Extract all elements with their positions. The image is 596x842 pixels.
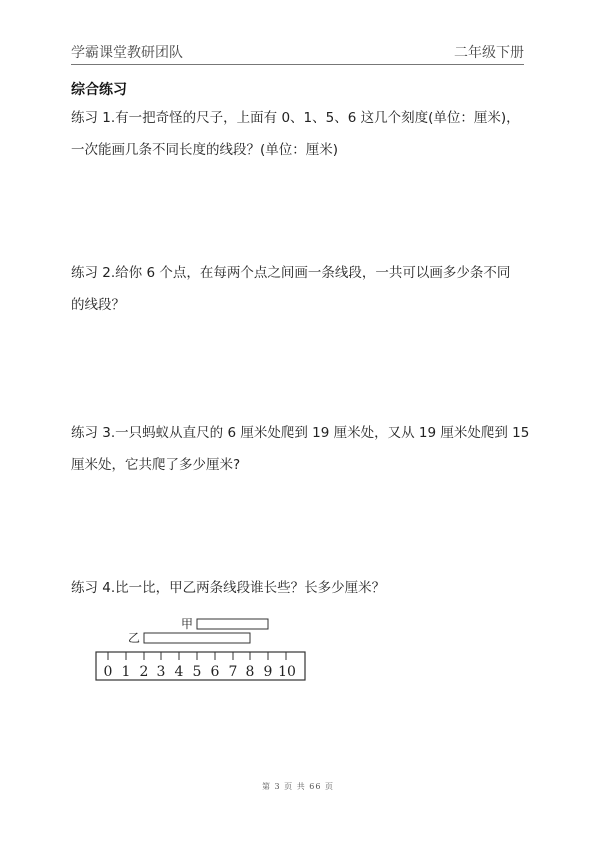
segment-yi-label: 乙 [128,631,140,645]
section-title: 综合练习 [71,79,127,99]
segment-jia [197,619,268,629]
question-3-line-2: 厘米处，它共爬了多少厘米? [71,449,531,481]
tick-label: 7 [229,664,238,680]
segment-yi [144,633,250,643]
tick-label: 10 [278,664,296,680]
question-3: 练习 3.一只蚂蚁从直尺的 6 厘米处爬到 19 厘米处，又从 19 厘米处爬到… [71,417,531,481]
question-4: 练习 4.比一比，甲乙两条线段谁长些？长多少厘米？ [71,572,531,604]
tick-label: 6 [211,664,220,680]
segment-jia-label: 甲 [181,617,193,631]
header-grade: 二年级下册 [454,42,524,62]
tick-label: 3 [157,664,166,680]
header-team-name: 学霸课堂教研团队 [71,42,183,62]
question-4-line-1: 练习 4.比一比，甲乙两条线段谁长些？长多少厘米？ [71,572,531,604]
tick-label: 8 [246,664,255,680]
tick-label: 1 [122,664,131,680]
tick-label: 2 [140,664,149,680]
question-1-line-1: 练习 1.有一把奇怪的尺子，上面有 0、1、5、6 这几个刻度(单位：厘米)， [71,102,531,134]
question-1-line-2: 一次能画几条不同长度的线段？(单位：厘米) [71,134,531,166]
ruler-tick-labels: 0 1 2 3 4 5 6 7 8 9 10 [104,664,296,680]
tick-label: 5 [193,664,202,680]
tick-label: 4 [175,664,184,680]
question-2-line-2: 的线段？ [71,289,531,321]
question-3-line-1: 练习 3.一只蚂蚁从直尺的 6 厘米处爬到 19 厘米处，又从 19 厘米处爬到… [71,417,531,449]
page-header: 学霸课堂教研团队 二年级下册 [71,42,524,65]
ruler-body [96,652,305,680]
ruler-ticks [108,652,286,660]
tick-label: 9 [264,664,273,680]
question-1: 练习 1.有一把奇怪的尺子，上面有 0、1、5、6 这几个刻度(单位：厘米)， … [71,102,531,166]
question-2: 练习 2.给你 6 个点，在每两个点之间画一条线段，一共可以画多少条不同 的线段… [71,257,531,321]
page-footer: 第 3 页 共 66 页 [0,781,596,792]
question-2-line-1: 练习 2.给你 6 个点，在每两个点之间画一条线段，一共可以画多少条不同 [71,257,531,289]
tick-label: 0 [104,664,113,680]
